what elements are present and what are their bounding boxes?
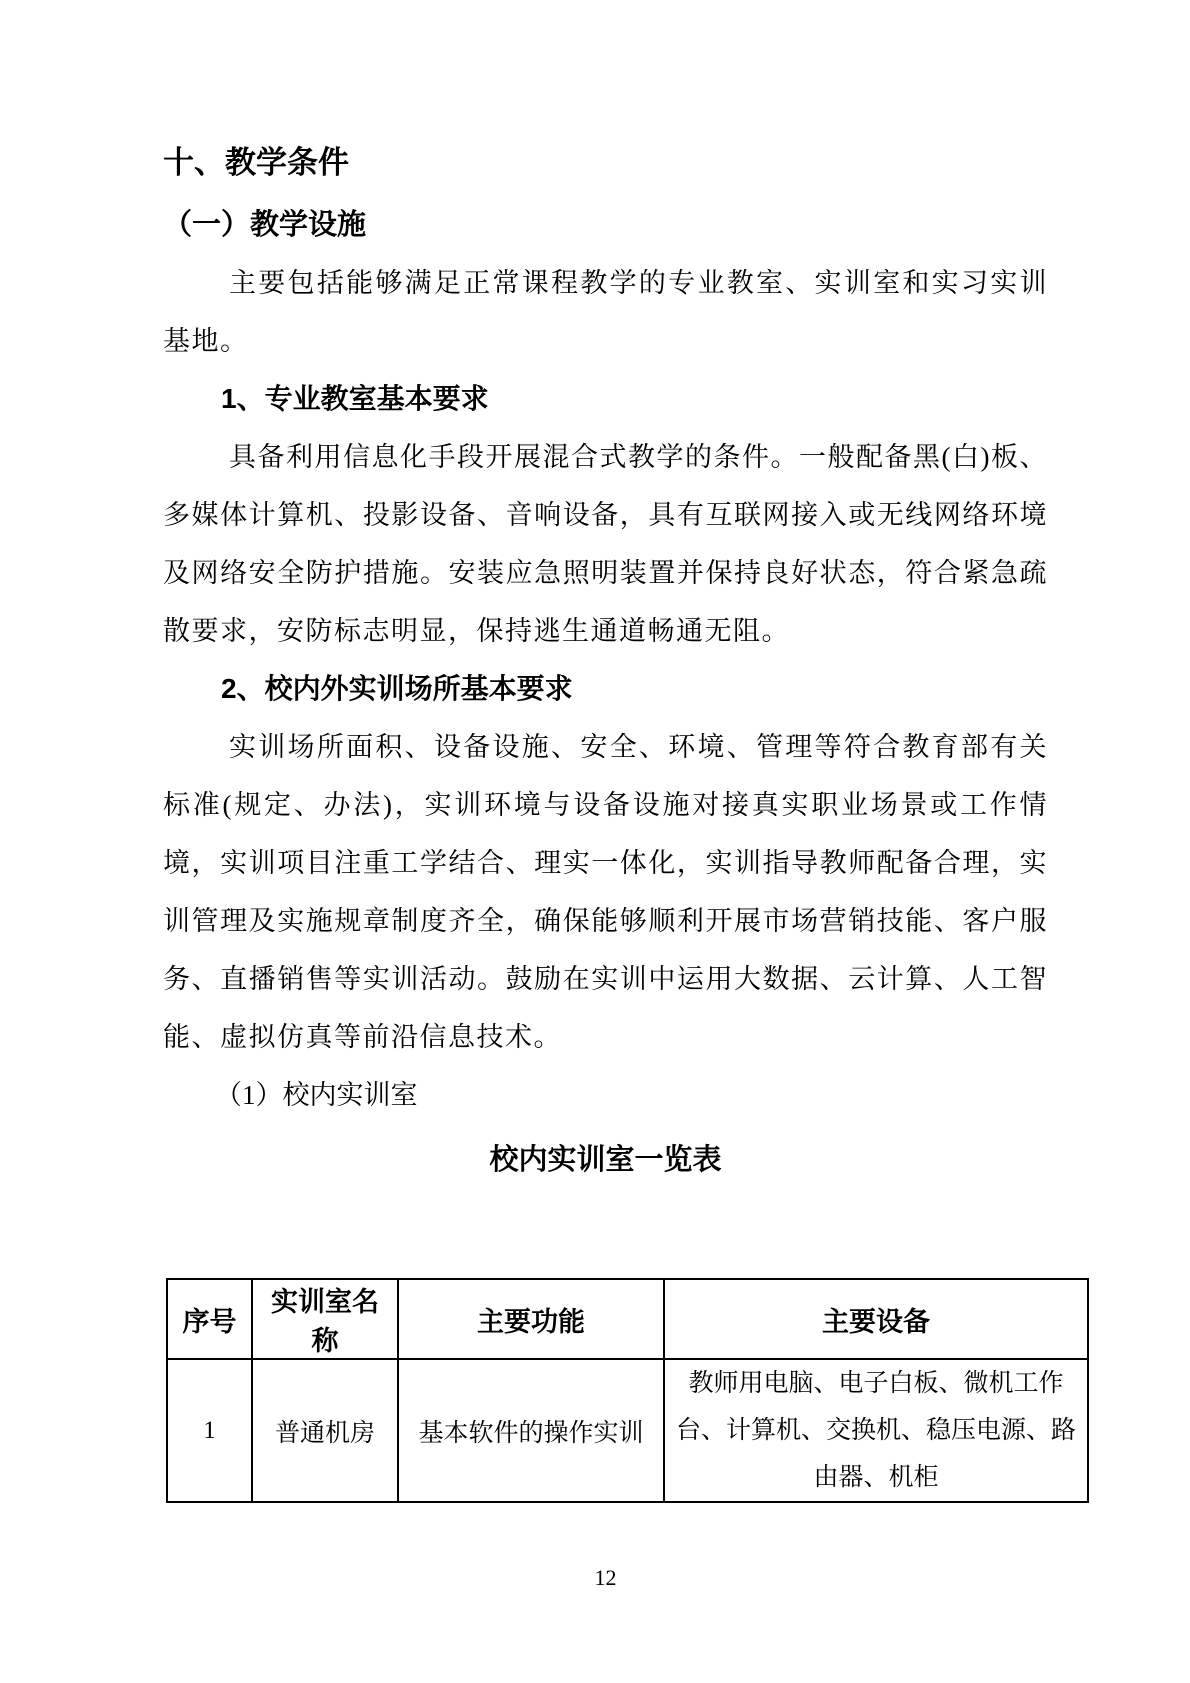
cell-main-function: 基本软件的操作实训 — [398, 1359, 664, 1502]
cell-main-equipment: 教师用电脑、电子白板、微机工作台、计算机、交换机、稳压电源、路由器、机柜 — [664, 1359, 1088, 1502]
page-number: 12 — [163, 1565, 1048, 1591]
cell-no: 1 — [167, 1359, 252, 1502]
section-heading: 十、教学条件 — [163, 134, 1048, 192]
cell-room-name: 普通机房 — [252, 1359, 398, 1502]
column-header-no: 序号 — [167, 1279, 252, 1359]
column-header-room-name: 实训室名称 — [252, 1279, 398, 1359]
table-header-row: 序号 实训室名称 主要功能 主要设备 — [167, 1279, 1088, 1359]
intro-paragraph: 主要包括能够满足正常课程教学的专业教室、实训室和实习实训基地。 — [163, 254, 1048, 370]
item2-paragraph: 实训场所面积、设备设施、安全、环境、管理等符合教育部有关标准(规定、办法)，实训… — [163, 718, 1048, 1066]
training-room-table: 序号 实训室名称 主要功能 主要设备 1 普通机房 基本软件的操作实训 教师用电… — [166, 1278, 1089, 1503]
subsection-heading-teaching-facilities: （一）教学设施 — [163, 196, 1048, 254]
item2-heading-training-site-requirements: 2、校内外实训场所基本要求 — [221, 660, 1048, 718]
column-header-main-equipment: 主要设备 — [664, 1279, 1088, 1359]
training-room-table-wrapper: 序号 实训室名称 主要功能 主要设备 1 普通机房 基本软件的操作实训 教师用电… — [166, 1278, 1087, 1503]
table-row: 1 普通机房 基本软件的操作实训 教师用电脑、电子白板、微机工作台、计算机、交换… — [167, 1359, 1088, 1502]
column-header-main-function: 主要功能 — [398, 1279, 664, 1359]
list-item-campus-training-rooms: （1）校内实训室 — [215, 1066, 1048, 1124]
item1-heading-classroom-requirements: 1、专业教室基本要求 — [221, 370, 1048, 428]
document-page: 十、教学条件 （一）教学设施 主要包括能够满足正常课程教学的专业教室、实训室和实… — [0, 0, 1190, 1683]
table-title: 校内实训室一览表 — [163, 1131, 1048, 1189]
item1-paragraph: 具备利用信息化手段开展混合式教学的条件。一般配备黑(白)板、多媒体计算机、投影设… — [163, 428, 1048, 660]
